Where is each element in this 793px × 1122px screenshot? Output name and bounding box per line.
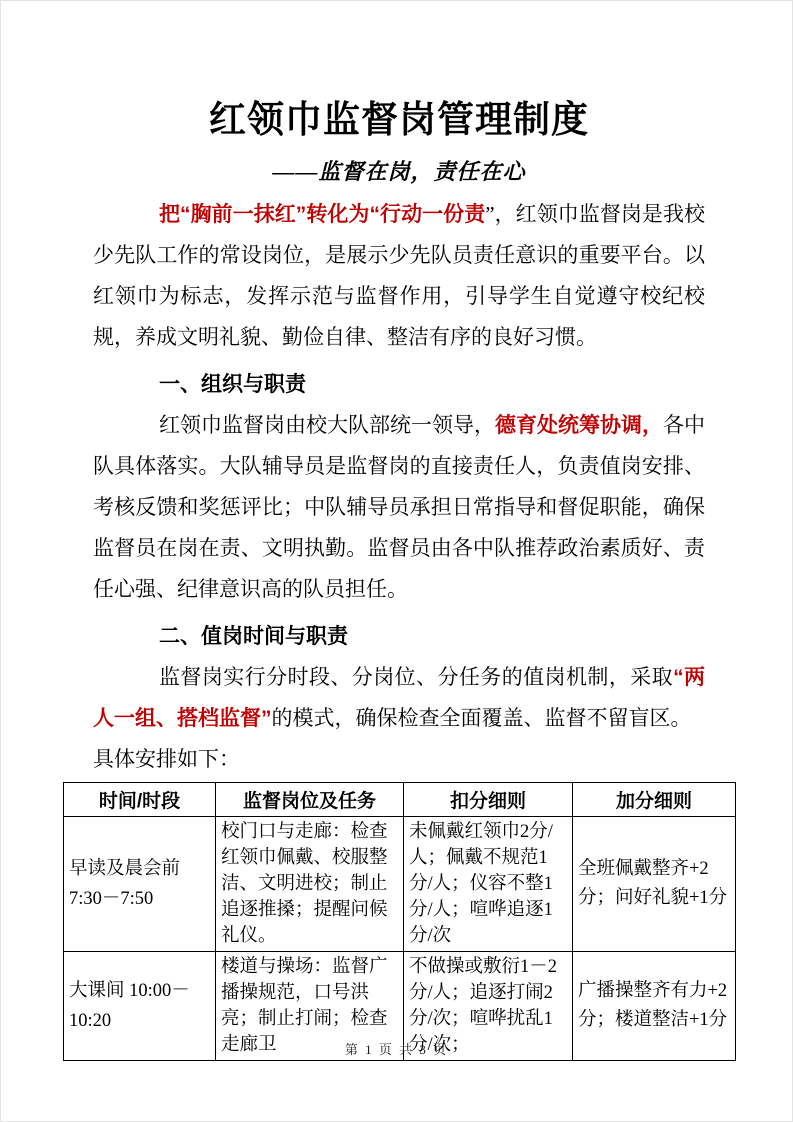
section2-heading: 二、值岗时间与职责 xyxy=(93,616,705,657)
page-subtitle: ——监督在岗，责任在心 xyxy=(93,159,705,185)
intro-paragraph: 把“胸前一抹红”转化为“行动一份责”，红领巾监督岗是我校少先队工作的常设岗位，是… xyxy=(93,194,705,358)
table-header-row: 时间/时段 监督岗位及任务 扣分细则 加分细则 xyxy=(64,783,736,817)
section1-heading: 一、组织与职责 xyxy=(93,364,705,405)
cell-deductions-morning: 未佩戴红领巾2分/人；佩戴不规范1分/人；仪容不整1分/人；喧哗追逐1分/次 xyxy=(404,817,573,952)
section1-text-pre: 红领巾监督岗由校大队部统一领导， xyxy=(159,413,495,437)
cell-bonus-morning: 全班佩戴整齐+2分；问好礼貌+1分 xyxy=(573,817,736,952)
column-header-deduction-rules: 扣分细则 xyxy=(404,783,573,817)
section2-text-post: 的模式，确保检查全面覆盖、监督不留盲区。 xyxy=(272,706,692,730)
document-content: 红领巾监督岗管理制度 ——监督在岗，责任在心 把“胸前一抹红”转化为“行动一份责… xyxy=(93,1,705,1061)
column-header-time: 时间/时段 xyxy=(64,783,216,817)
cell-time-morning: 早读及晨会前 7:30－7:50 xyxy=(64,817,216,952)
document-page: 红领巾监督岗管理制度 ——监督在岗，责任在心 把“胸前一抹红”转化为“行动一份责… xyxy=(0,0,793,1122)
section1-emphasis-red: 德育处统筹协调， xyxy=(495,414,663,437)
intro-emphasis-red: 把“胸前一抹红”转化为“行动一份责 xyxy=(159,203,485,226)
page-title: 红领巾监督岗管理制度 xyxy=(93,1,705,144)
page-number: 第 1 页 共 3 页 xyxy=(1,1039,792,1058)
section1-paragraph: 红领巾监督岗由校大队部统一领导，德育处统筹协调，各中队具体落实。大队辅导员是监督… xyxy=(93,405,705,610)
section2-paragraph: 监督岗实行分时段、分岗位、分任务的值岗机制，采取“两人一组、搭档监督”的模式，确… xyxy=(93,657,705,739)
duty-schedule-table: 时间/时段 监督岗位及任务 扣分细则 加分细则 早读及晨会前 7:30－7:50… xyxy=(63,782,736,1061)
column-header-post-tasks: 监督岗位及任务 xyxy=(216,783,404,817)
section2-text-pre: 监督岗实行分时段、分岗位、分任务的值岗机制，采取 xyxy=(159,665,673,689)
column-header-bonus-rules: 加分细则 xyxy=(573,783,736,817)
cell-tasks-morning: 校门口与走廊：检查红领巾佩戴、校服整洁、文明进校；制止追逐推搡；提醒问候礼仪。 xyxy=(216,817,404,952)
section1-text-post: 各中队具体落实。大队辅导员是监督岗的直接责任人，负责值岗安排、考核反馈和奖惩评比… xyxy=(93,413,705,601)
table-row: 早读及晨会前 7:30－7:50 校门口与走廊：检查红领巾佩戴、校服整洁、文明进… xyxy=(64,817,736,952)
schedule-intro-line: 具体安排如下： xyxy=(93,739,705,780)
